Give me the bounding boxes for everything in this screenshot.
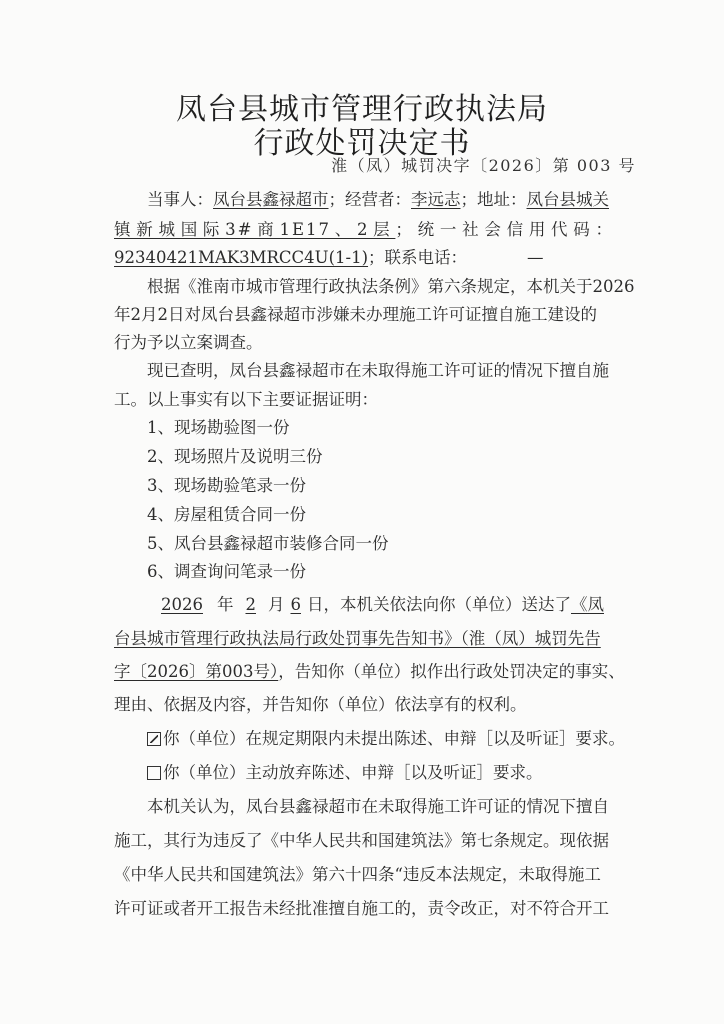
conclusion-line2: 施工，其行为违反了《中华人民共和国建筑法》第七条规定。现依据 bbox=[114, 831, 614, 851]
conclusion-line4: 许可证或者开工报告未经批准擅自施工的，责令改正，对不符合开工 bbox=[114, 899, 614, 919]
month-suffix: 月 bbox=[268, 595, 285, 614]
evidence-item: 3、现场勘验笔录一份 bbox=[114, 476, 647, 496]
evidence-item: 1、现场勘验图一份 bbox=[114, 418, 647, 438]
document-number: 淮（凤）城罚决字〔2026〕第 003 号 bbox=[331, 153, 636, 176]
address-part2: 镇新城国际3#商1E17、2层 bbox=[114, 220, 395, 239]
day-suffix: 日，本机关依法向你（单位）送达了 bbox=[307, 595, 571, 614]
evidence-item: 4、房屋租赁合同一份 bbox=[114, 505, 647, 525]
address-part1: 凤台县城关 bbox=[527, 190, 610, 209]
notice-line3-text: ，告知你（单位）拟作出行政处罚决定的事实、 bbox=[278, 662, 625, 681]
year-suffix: 年 bbox=[217, 595, 234, 614]
document-page: 凤台县城市管理行政执法局 行政处罚决定书 淮（凤）城罚决字〔2026〕第 003… bbox=[0, 0, 724, 1024]
evidence-item: 2、现场照片及说明三份 bbox=[114, 447, 647, 467]
notice-doc-title-start: 《凤 bbox=[571, 595, 604, 614]
credit-code: 92340421MAK3MRCC4U(1-1) bbox=[114, 248, 368, 267]
notice-doc-number: 字〔2026〕第003号） bbox=[114, 662, 278, 681]
checkbox-unchecked-icon[interactable] bbox=[147, 766, 161, 780]
phone-value: — bbox=[467, 248, 544, 267]
para1-line2: 年2月2日对凤台县鑫禄超市涉嫌未办理施工许可证擅自施工建设的 bbox=[114, 305, 614, 325]
operator-label: ；经营者： bbox=[329, 190, 412, 209]
evidence-item: 5、凤台县鑫禄超市装修合同一份 bbox=[114, 534, 647, 554]
option-no-statement[interactable]: 你（单位）在规定期限内未提出陈述、申辩［以及听证］要求。 bbox=[114, 729, 647, 749]
evidence-item: 6、调查询问笔录一份 bbox=[114, 562, 647, 582]
notice-month: 2 bbox=[234, 595, 269, 614]
notice-line4: 理由、依据及内容，并告知你（单位）依法享有的权利。 bbox=[114, 695, 614, 715]
notice-day: 6 bbox=[285, 595, 308, 614]
checkbox-checked-icon[interactable] bbox=[147, 732, 161, 746]
notice-line1: 2026年2月6日，本机关依法向你（单位）送达了《凤 bbox=[114, 595, 647, 615]
party-name: 凤台县鑫禄超市 bbox=[213, 190, 329, 209]
operator-name: 李远志 bbox=[411, 190, 461, 209]
conclusion-line1: 本机关认为，凤台县鑫禄超市在未取得施工许可证的情况下擅自 bbox=[114, 797, 647, 817]
party-line-1: 当事人：凤台县鑫禄超市；经营者：李远志；地址：凤台县城关 bbox=[114, 190, 647, 210]
notice-line2: 台县城市管理行政执法局行政处罚事先告知书》（淮（凤）城罚先告 bbox=[114, 629, 614, 649]
party-line-3: 92340421MAK3MRCC4U(1-1)；联系电话：— bbox=[114, 248, 614, 268]
party-label: 当事人： bbox=[147, 190, 213, 209]
option-text: 你（单位）主动放弃陈述、申辩［以及听证］要求。 bbox=[163, 763, 543, 782]
option-text: 你（单位）在规定期限内未提出陈述、申辩［以及听证］要求。 bbox=[163, 729, 625, 748]
option-waive-statement[interactable]: 你（单位）主动放弃陈述、申辩［以及听证］要求。 bbox=[114, 763, 647, 783]
para2-line1: 现已查明，凤台县鑫禄超市在未取得施工许可证的情况下擅自施 bbox=[114, 361, 647, 381]
conclusion-line3: 《中华人民共和国建筑法》第六十四条“违反本法规定，未取得施工 bbox=[114, 865, 614, 885]
para2-line2: 工。以上事实有以下主要证据证明： bbox=[114, 390, 614, 410]
credit-code-label: ；统一社会信用代码： bbox=[395, 220, 614, 239]
phone-label: ；联系电话： bbox=[368, 248, 467, 267]
address-label: ；地址： bbox=[461, 190, 527, 209]
para1-line1: 根据《淮南市城市管理行政执法条例》第六条规定，本机关于2026 bbox=[114, 277, 647, 297]
para1-line3: 行为予以立案调查。 bbox=[114, 333, 614, 353]
party-line-2: 镇新城国际3#商1E17、2层；统一社会信用代码： bbox=[114, 220, 614, 240]
notice-line3: 字〔2026〕第003号），告知你（单位）拟作出行政处罚决定的事实、 bbox=[114, 662, 614, 682]
notice-year: 2026 bbox=[147, 595, 217, 614]
